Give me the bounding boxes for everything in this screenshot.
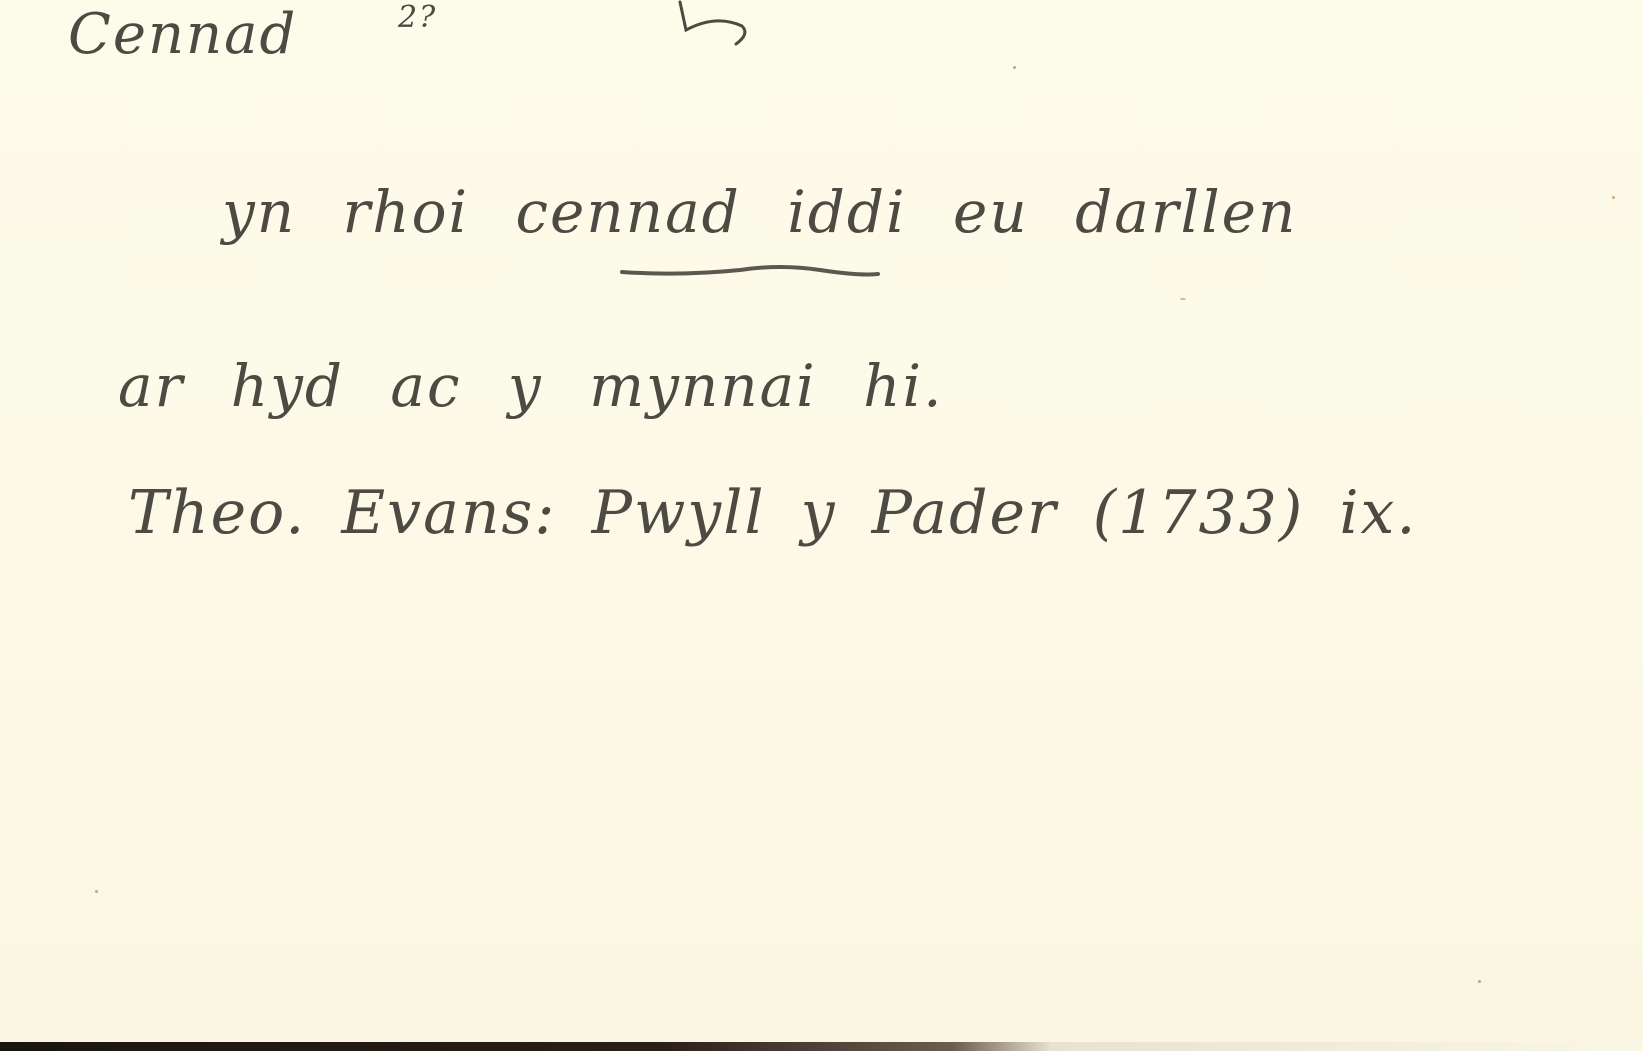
paper-speck — [95, 890, 98, 893]
citation-page: ix. — [1339, 478, 1417, 548]
underlined-headword: cennad — [516, 178, 741, 246]
citation: Theo. Evans: Pwyll y Pader (1733) ix. — [128, 478, 1417, 548]
paper-speck — [1013, 66, 1016, 69]
wavy-underline — [620, 262, 882, 280]
citation-year: (1733) — [1093, 478, 1305, 548]
correction-mark-icon — [676, 0, 756, 52]
sense-number: 2? — [398, 0, 437, 35]
paper-speck — [1612, 196, 1615, 199]
quotation-line-1: yn rhoi cennad iddi eu darllen — [222, 178, 1297, 246]
card-bottom-edge — [0, 1042, 1643, 1051]
quotation-text-before: yn rhoi — [222, 178, 469, 246]
paper-speck — [1478, 980, 1481, 983]
paper-speck — [1180, 298, 1186, 300]
quotation-text-after: iddi eu darllen — [787, 178, 1297, 246]
citation-title: Pwyll y Pader — [592, 478, 1058, 548]
headword: Cennad — [68, 2, 297, 67]
quotation-line-2: ar hyd ac y mynnai hi. — [118, 352, 944, 420]
citation-author: Theo. Evans: — [128, 478, 557, 548]
index-card: Cennad 2? yn rhoi cennad iddi eu darllen… — [0, 0, 1643, 1042]
